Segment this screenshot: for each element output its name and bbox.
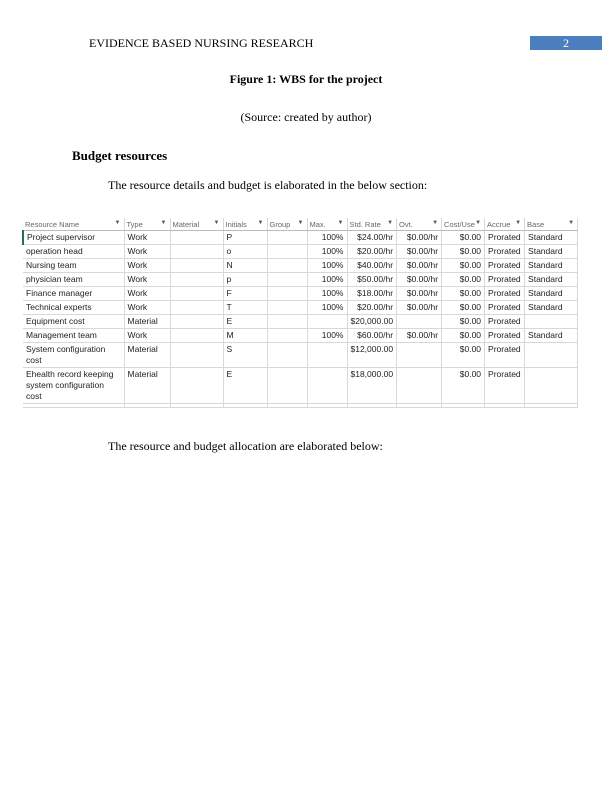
table-cell[interactable] xyxy=(170,368,223,404)
table-cell[interactable] xyxy=(267,329,307,343)
table-cell[interactable]: Standard xyxy=(525,273,578,287)
table-cell[interactable] xyxy=(307,315,347,329)
table-cell[interactable] xyxy=(170,301,223,315)
table-cell[interactable]: $0.00/hr xyxy=(397,245,442,259)
table-cell[interactable] xyxy=(170,404,223,408)
table-row[interactable]: Equipment costMaterialE$20,000.00$0.00Pr… xyxy=(23,315,578,329)
table-row[interactable]: Nursing teamWorkN100%$40.00/hr$0.00/hr$0… xyxy=(23,259,578,273)
table-cell[interactable] xyxy=(170,343,223,368)
column-header[interactable]: Std. Rate▼ xyxy=(347,218,397,231)
table-cell[interactable]: M xyxy=(223,329,267,343)
outro-paragraph: The resource and budget allocation are e… xyxy=(108,439,383,454)
filter-dropdown-icon[interactable]: ▼ xyxy=(515,220,521,226)
table-cell[interactable]: F xyxy=(223,287,267,301)
table-cell[interactable] xyxy=(307,404,347,408)
table-cell[interactable] xyxy=(397,343,442,368)
table-cell[interactable] xyxy=(170,245,223,259)
table-row[interactable]: Finance managerWorkF100%$18.00/hr$0.00/h… xyxy=(23,287,578,301)
column-header-label: Ovt. xyxy=(399,220,413,229)
table-cell[interactable]: Work xyxy=(124,329,170,343)
column-header-label: Max. xyxy=(310,220,326,229)
table-cell[interactable]: 100% xyxy=(307,259,347,273)
table-cell[interactable] xyxy=(170,287,223,301)
table-cell[interactable]: 100% xyxy=(307,301,347,315)
table-cell[interactable]: $0.00 xyxy=(442,259,485,273)
filter-dropdown-icon[interactable]: ▼ xyxy=(298,220,304,226)
table-cell[interactable]: 100% xyxy=(307,273,347,287)
table-row[interactable]: Technical expertsWorkT100%$20.00/hr$0.00… xyxy=(23,301,578,315)
page-number: 2 xyxy=(530,36,602,50)
table-row[interactable]: operation headWorko100%$20.00/hr$0.00/hr… xyxy=(23,245,578,259)
table-cell[interactable]: Work xyxy=(124,245,170,259)
column-header[interactable]: Accrue▼ xyxy=(485,218,525,231)
table-row[interactable]: Project supervisorWorkP100%$24.00/hr$0.0… xyxy=(23,231,578,245)
table-cell[interactable]: Standard xyxy=(525,231,578,245)
table-cell[interactable]: Material xyxy=(124,315,170,329)
table-cell[interactable] xyxy=(347,404,397,408)
table-cell[interactable] xyxy=(23,404,124,408)
table-cell[interactable] xyxy=(397,368,442,404)
table-cell[interactable]: Prorated xyxy=(485,315,525,329)
intro-paragraph: The resource details and budget is elabo… xyxy=(108,178,427,193)
table-cell[interactable]: $24.00/hr xyxy=(347,231,397,245)
table-cell[interactable] xyxy=(307,343,347,368)
table-cell[interactable]: $40.00/hr xyxy=(347,259,397,273)
table-cell[interactable]: Prorated xyxy=(485,287,525,301)
table-cell[interactable]: $0.00 xyxy=(442,273,485,287)
running-header: EVIDENCE BASED NURSING RESEARCH xyxy=(89,36,313,51)
table-cell[interactable]: Project supervisor xyxy=(23,231,124,245)
table-cell[interactable]: Equipment cost xyxy=(23,315,124,329)
filter-dropdown-icon[interactable]: ▼ xyxy=(568,220,574,226)
filter-dropdown-icon[interactable]: ▼ xyxy=(115,220,121,226)
table-cell[interactable]: Technical experts xyxy=(23,301,124,315)
column-header[interactable]: Base▼ xyxy=(525,218,578,231)
table-cell[interactable]: p xyxy=(223,273,267,287)
table-cell[interactable] xyxy=(267,404,307,408)
table-cell[interactable]: $0.00/hr xyxy=(397,231,442,245)
table-cell[interactable] xyxy=(267,259,307,273)
table-cell[interactable]: $0.00 xyxy=(442,301,485,315)
table-cell[interactable] xyxy=(267,231,307,245)
table-cell[interactable]: Standard xyxy=(525,259,578,273)
table-cell[interactable]: Standard xyxy=(525,301,578,315)
table-cell[interactable]: $0.00 xyxy=(442,245,485,259)
column-header[interactable]: Material▼ xyxy=(170,218,223,231)
table-cell[interactable] xyxy=(267,273,307,287)
column-header[interactable]: Max.▼ xyxy=(307,218,347,231)
table-cell[interactable]: o xyxy=(223,245,267,259)
table-cell[interactable] xyxy=(267,245,307,259)
table-cell[interactable] xyxy=(267,343,307,368)
table-cell[interactable]: $20.00/hr xyxy=(347,245,397,259)
filter-dropdown-icon[interactable]: ▼ xyxy=(161,220,167,226)
table-header-row: Resource Name▼Type▼Material▼Initials▼Gro… xyxy=(23,218,578,231)
table-cell[interactable]: T xyxy=(223,301,267,315)
table-cell[interactable]: $0.00 xyxy=(442,329,485,343)
table-cell[interactable]: $0.00 xyxy=(442,343,485,368)
table-cell[interactable]: 100% xyxy=(307,231,347,245)
filter-dropdown-icon[interactable]: ▼ xyxy=(258,220,264,226)
column-header-label: Accrue xyxy=(487,220,510,229)
table-cell[interactable] xyxy=(397,404,442,408)
table-cell[interactable] xyxy=(223,404,267,408)
column-header[interactable]: Type▼ xyxy=(124,218,170,231)
column-header-label: Material xyxy=(173,220,200,229)
table-cell[interactable]: $0.00 xyxy=(442,231,485,245)
table-cell[interactable]: $0.00/hr xyxy=(397,273,442,287)
column-header-label: Group xyxy=(270,220,291,229)
table-cell[interactable]: $18,000.00 xyxy=(347,368,397,404)
table-cell[interactable] xyxy=(267,315,307,329)
source-caption: (Source: created by author) xyxy=(0,110,612,125)
table-cell[interactable] xyxy=(525,404,578,408)
table-cell[interactable] xyxy=(485,404,525,408)
table-cell[interactable]: Work xyxy=(124,287,170,301)
table-cell[interactable]: Work xyxy=(124,259,170,273)
section-heading: Budget resources xyxy=(72,148,167,164)
table-cell[interactable]: Prorated xyxy=(485,273,525,287)
table-cell[interactable]: $0.00 xyxy=(442,315,485,329)
column-header-label: Resource Name xyxy=(25,220,79,229)
column-header[interactable]: Initials▼ xyxy=(223,218,267,231)
table-cell[interactable]: Prorated xyxy=(485,329,525,343)
table-cell[interactable] xyxy=(397,315,442,329)
table-cell[interactable]: Prorated xyxy=(485,231,525,245)
table-cell[interactable]: 100% xyxy=(307,329,347,343)
table-cell[interactable]: Prorated xyxy=(485,368,525,404)
column-header-label: Base xyxy=(527,220,544,229)
table-cell[interactable] xyxy=(307,368,347,404)
table-cell[interactable]: $50.00/hr xyxy=(347,273,397,287)
table-cell[interactable]: Prorated xyxy=(485,259,525,273)
table-cell[interactable]: $12,000.00 xyxy=(347,343,397,368)
filter-dropdown-icon[interactable]: ▼ xyxy=(432,220,438,226)
table-cell[interactable]: E xyxy=(223,315,267,329)
table-cell[interactable] xyxy=(170,329,223,343)
table-cell[interactable]: System configuration cost xyxy=(23,343,124,368)
table-cell[interactable]: E xyxy=(223,368,267,404)
table-cell[interactable]: P xyxy=(223,231,267,245)
table-cell[interactable] xyxy=(170,231,223,245)
table-cell[interactable]: $60.00/hr xyxy=(347,329,397,343)
column-header-label: Initials xyxy=(226,220,247,229)
table-cell[interactable] xyxy=(170,315,223,329)
table-row[interactable]: Ehealth record keeping system configurat… xyxy=(23,368,578,404)
table-row[interactable]: System configuration costMaterialS$12,00… xyxy=(23,343,578,368)
resource-sheet-table: Resource Name▼Type▼Material▼Initials▼Gro… xyxy=(22,218,578,408)
column-header[interactable]: Group▼ xyxy=(267,218,307,231)
filter-dropdown-icon[interactable]: ▼ xyxy=(214,220,220,226)
table-cell[interactable]: $0.00 xyxy=(442,368,485,404)
table-cell[interactable]: Ehealth record keeping system configurat… xyxy=(23,368,124,404)
filter-dropdown-icon[interactable]: ▼ xyxy=(387,220,393,226)
table-cell[interactable] xyxy=(170,273,223,287)
table-cell[interactable] xyxy=(170,259,223,273)
table-cell[interactable] xyxy=(525,368,578,404)
table-cell[interactable]: S xyxy=(223,343,267,368)
figure-caption: Figure 1: WBS for the project xyxy=(0,72,612,87)
table-cell[interactable]: Nursing team xyxy=(23,259,124,273)
table-cell[interactable]: Prorated xyxy=(485,301,525,315)
table-cell[interactable]: Material xyxy=(124,343,170,368)
table-cell[interactable]: $0.00 xyxy=(442,287,485,301)
table-cell[interactable] xyxy=(267,301,307,315)
table-row[interactable]: physician teamWorkp100%$50.00/hr$0.00/hr… xyxy=(23,273,578,287)
table-cell[interactable]: $0.00/hr xyxy=(397,329,442,343)
table-cell[interactable] xyxy=(442,404,485,408)
table-cell[interactable]: $0.00/hr xyxy=(397,259,442,273)
table-cell[interactable]: $18.00/hr xyxy=(347,287,397,301)
empty-row[interactable] xyxy=(23,404,578,408)
table-cell[interactable]: Standard xyxy=(525,329,578,343)
table-cell[interactable]: Material xyxy=(124,368,170,404)
column-header[interactable]: Cost/Use▼ xyxy=(442,218,485,231)
table-row[interactable]: Management teamWorkM100%$60.00/hr$0.00/h… xyxy=(23,329,578,343)
table-cell[interactable]: Prorated xyxy=(485,343,525,368)
table-cell[interactable]: $0.00/hr xyxy=(397,287,442,301)
table-cell[interactable] xyxy=(267,368,307,404)
column-header-label: Type xyxy=(127,220,143,229)
table-cell[interactable]: N xyxy=(223,259,267,273)
table-cell[interactable]: Prorated xyxy=(485,245,525,259)
column-header[interactable]: Resource Name▼ xyxy=(23,218,124,231)
filter-dropdown-icon[interactable]: ▼ xyxy=(475,220,481,226)
table-cell[interactable]: Work xyxy=(124,231,170,245)
table-cell[interactable]: operation head xyxy=(23,245,124,259)
table-cell[interactable]: $20,000.00 xyxy=(347,315,397,329)
table-cell[interactable]: Management team xyxy=(23,329,124,343)
table-cell[interactable]: Work xyxy=(124,301,170,315)
table-cell[interactable] xyxy=(124,404,170,408)
column-header[interactable]: Ovt.▼ xyxy=(397,218,442,231)
table-cell[interactable]: Standard xyxy=(525,245,578,259)
table-cell[interactable] xyxy=(525,315,578,329)
table-cell[interactable]: Work xyxy=(124,273,170,287)
table-cell[interactable]: $20.00/hr xyxy=(347,301,397,315)
table-cell[interactable]: 100% xyxy=(307,287,347,301)
column-header-label: Cost/Use xyxy=(444,220,475,229)
table-cell[interactable]: 100% xyxy=(307,245,347,259)
filter-dropdown-icon[interactable]: ▼ xyxy=(338,220,344,226)
table-cell[interactable]: Finance manager xyxy=(23,287,124,301)
table-cell[interactable]: Standard xyxy=(525,287,578,301)
table-cell[interactable] xyxy=(525,343,578,368)
table-cell[interactable]: $0.00/hr xyxy=(397,301,442,315)
table-cell[interactable]: physician team xyxy=(23,273,124,287)
table-cell[interactable] xyxy=(267,287,307,301)
column-header-label: Std. Rate xyxy=(350,220,381,229)
